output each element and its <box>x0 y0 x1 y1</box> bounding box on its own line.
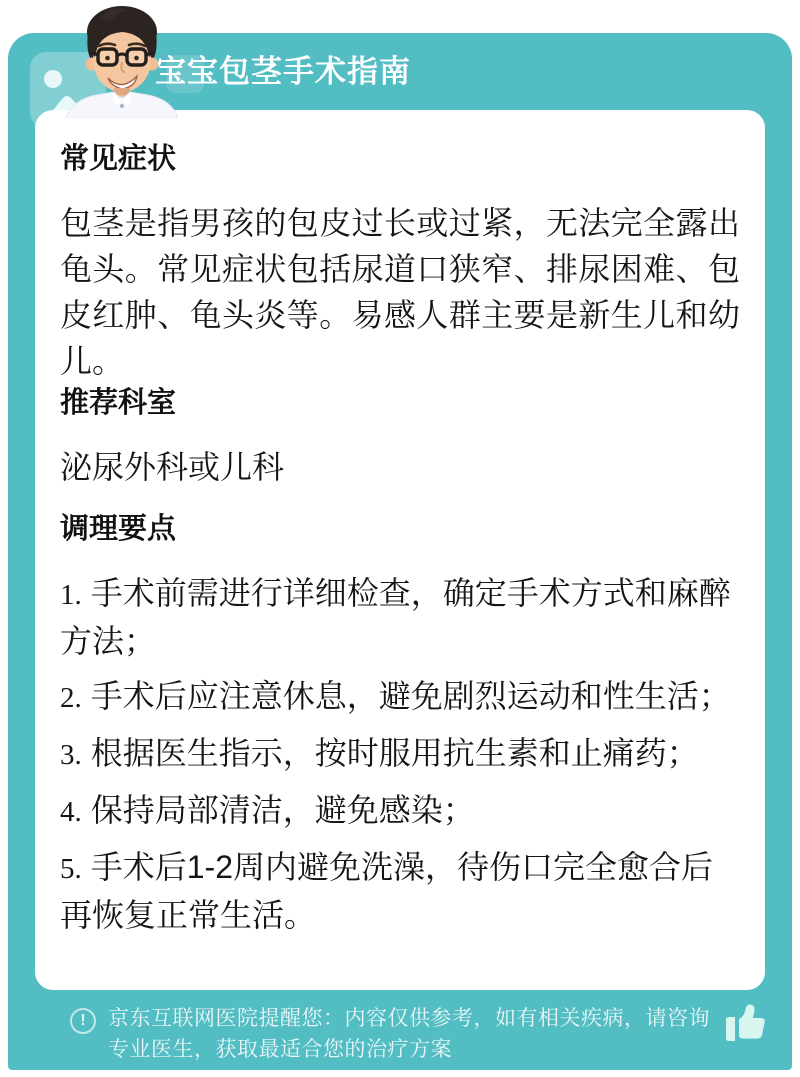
list-item: 5.手术后1-2周内避免洗澡，待伤口完全愈合后再恢复正常生活。 <box>60 844 740 938</box>
doctor-avatar <box>52 2 214 118</box>
section-body-symptoms: 包茎是指男孩的包皮过长或过紧，无法完全露出龟头。常见症状包括尿道口狭窄、排尿困难… <box>60 200 740 384</box>
alert-circle-icon: ! <box>70 1008 96 1034</box>
item-text: 手术后1-2周内避免洗澡，待伤口完全愈合后再恢复正常生活。 <box>60 849 713 933</box>
list-item: 2.手术后应注意休息，避免剧烈运动和性生活； <box>60 673 740 721</box>
section-heading-symptoms: 常见症状 <box>60 140 740 178</box>
footer-disclaimer: 京东互联网医院提醒您：内容仅供参考，如有相关疾病，请咨询专业医生，获取最适合您的… <box>108 1003 730 1065</box>
item-number: 2. <box>60 682 82 714</box>
page: { "colors": { "teal_bg": "#52bdc3", "car… <box>0 0 800 1077</box>
list-item: 1.手术前需进行详细检查，确定手术方式和麻醉方法； <box>60 570 740 664</box>
section-heading-department: 推荐科室 <box>60 384 740 422</box>
care-guideline-list: 1.手术前需进行详细检查，确定手术方式和麻醉方法； 2.手术后应注意休息，避免剧… <box>60 570 740 938</box>
content-card: 常见症状 包茎是指男孩的包皮过长或过紧，无法完全露出龟头。常见症状包括尿道口狭窄… <box>35 110 765 990</box>
section-heading-care: 调理要点 <box>60 510 740 548</box>
item-number: 1. <box>60 579 82 611</box>
item-number: 5. <box>60 853 82 885</box>
list-item: 4.保持局部清洁，避免感染； <box>60 787 740 835</box>
item-text: 根据医生指示，按时服用抗生素和止痛药； <box>91 735 699 771</box>
item-text: 手术后应注意休息，避免剧烈运动和性生活； <box>91 678 731 714</box>
teal-page-container: 宝宝包茎手术指南 常见症状 包茎是指男孩的包皮过长或过紧，无法完全露出龟头。常见… <box>8 33 792 1070</box>
section-body-department: 泌尿外科或儿科 <box>60 444 740 490</box>
item-number: 4. <box>60 796 82 828</box>
list-item: 3.根据医生指示，按时服用抗生素和止痛药； <box>60 730 740 778</box>
item-text: 保持局部清洁，避免感染； <box>91 792 475 828</box>
item-text: 手术前需进行详细检查，确定手术方式和麻醉方法； <box>60 575 731 659</box>
item-number: 3. <box>60 739 82 771</box>
thumbs-up-icon[interactable] <box>718 996 770 1048</box>
